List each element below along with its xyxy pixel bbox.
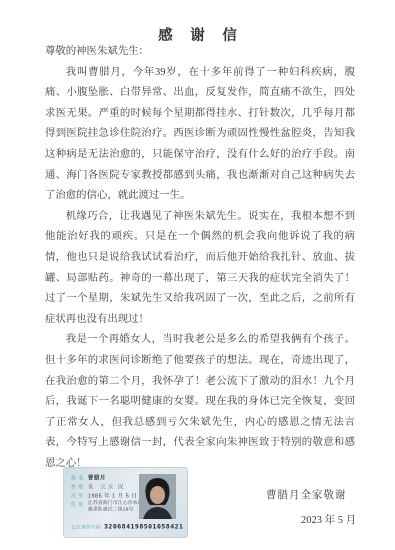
id-address-line2: 惠余队惠民二组29号 <box>88 506 143 513</box>
letter-paragraph-2: 机缘巧合，让我遇见了神医朱斌先生。说实在，我根本想不到他能治好我的顽疾。只是在一… <box>45 207 355 331</box>
id-birth-value: 1985 年 1 月 5 日 <box>88 493 138 499</box>
id-birth-label: 出 生 <box>71 494 84 500</box>
letter-paragraph-3: 我是一个再婚女人，当时我老公是多么的希望我俩有个孩子。但十多年的求医问诊断绝了他… <box>45 330 355 474</box>
letter-paragraph-1: 我叫曹腊月，今年39岁，在十多年前得了一种妇科疾病，腹痛、小腹坠胀、白带异常、出… <box>45 63 355 207</box>
id-card-content: 姓 名曹腊月 性 别女民 族汉 出 生1985 年 1 月 5 日 住 址江苏省… <box>64 468 188 538</box>
id-portrait-photo <box>139 474 176 519</box>
id-card-address-row: 住 址江苏省海门市江心沙农场惠余队惠民二组29号 <box>71 500 143 513</box>
letter-page: 感 谢 信 尊敬的神医朱斌先生： 我叫曹腊月，今年39岁，在十多年前得了一种妇科… <box>0 0 395 550</box>
id-name-label: 姓 名 <box>71 476 84 482</box>
portrait-silhouette-icon <box>139 474 176 519</box>
id-address-label: 住 址 <box>71 502 84 508</box>
id-card-number-row: 公民身份号码320684198501058421 <box>71 522 183 531</box>
id-number-value: 320684198501058421 <box>104 523 183 531</box>
id-ethnic-value: 汉 <box>118 484 124 490</box>
letter-body: 尊敬的神医朱斌先生： 我叫曹腊月，今年39岁，在十多年前得了一种妇科疾病，腹痛、… <box>45 42 355 523</box>
id-card-sex-row: 性 别女民 族汉 <box>71 482 124 491</box>
id-number-label: 公民身份号码 <box>71 525 101 531</box>
letter-date: 2023 年 5 月 <box>301 512 356 527</box>
id-card-name-row: 姓 名曹腊月 <box>71 473 106 482</box>
id-ethnic-label: 民 族 <box>101 485 114 491</box>
signature-line: 曹腊月全家敬谢 <box>266 487 347 502</box>
id-sex-label: 性 别 <box>71 485 84 491</box>
id-card-photo: 姓 名曹腊月 性 别女民 族汉 出 生1985 年 1 月 5 日 住 址江苏省… <box>63 467 188 538</box>
id-sex-value: 女 <box>88 484 94 490</box>
letter-salutation: 尊敬的神医朱斌先生： <box>45 42 355 63</box>
id-address-lines: 江苏省海门市江心沙农场惠余队惠民二组29号 <box>88 500 143 513</box>
id-name-value: 曹腊月 <box>88 475 106 481</box>
